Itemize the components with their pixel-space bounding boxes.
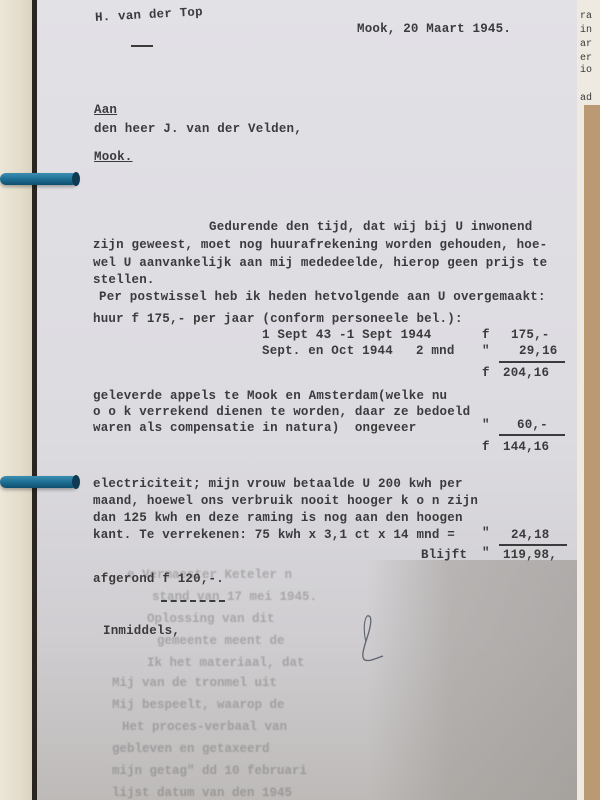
apples-currency: " xyxy=(482,418,490,432)
rent-item-currency: f xyxy=(482,328,490,342)
body-line: Per postwissel heb ik heden hetvolgende … xyxy=(99,290,546,304)
rent-item-currency: " xyxy=(482,344,490,358)
binder-ring-top xyxy=(0,173,78,185)
rent-item-desc: Sept. en Oct 1944 2 mnd xyxy=(262,344,455,358)
page-shadow xyxy=(367,560,577,800)
address-to: Aan xyxy=(94,103,117,117)
handwritten-mark xyxy=(353,612,387,666)
body-line: wel U aanvankelijk aan mij mededeelde, h… xyxy=(93,256,547,270)
remaining-label: Blijft xyxy=(421,548,467,562)
electric-line: electriciteit; mijn vrouw betaalde U 200… xyxy=(93,477,463,491)
adjacent-page-text: ad xyxy=(580,92,592,105)
remaining-currency: " xyxy=(482,546,490,560)
sender-underline xyxy=(131,45,153,47)
apples-line: o o k verrekend dienen te worden, daar z… xyxy=(93,405,470,419)
electric-line: dan 125 kwh en deze raming is nog aan de… xyxy=(93,511,463,525)
binder-ring-bottom xyxy=(0,476,78,488)
adjacent-page-text: ra xyxy=(580,10,592,23)
subtotal-amount: 144,16 xyxy=(503,440,549,454)
body-line: zijn geweest, moet nog huurafrekening wo… xyxy=(93,238,547,252)
show-through-text: mijn getag" dd 10 februari xyxy=(112,764,307,778)
subtotal-currency: f xyxy=(482,440,490,454)
show-through-text: lijst datum van den 1945 xyxy=(112,786,292,800)
letter-page: e Vermaester Keteler n stand van 17 mei … xyxy=(37,0,577,800)
adjacent-page-text: io xyxy=(580,64,592,77)
show-through-text: Mij van de tronmel uit xyxy=(112,676,277,690)
electric-line: maand, hoewel ons verbruik nooit hooger … xyxy=(93,494,478,508)
binder-cover xyxy=(0,0,36,800)
sender-name: H. van der Top xyxy=(95,5,203,25)
remaining-amount: 119,98, xyxy=(503,548,557,562)
total-underline xyxy=(161,600,225,602)
rent-header: huur f 175,- per jaar (conform personeel… xyxy=(93,312,463,326)
subtotal-amount: 204,16 xyxy=(503,366,549,380)
apples-amount: 60,- xyxy=(517,418,548,432)
body-line: stellen. xyxy=(93,273,155,287)
recipient-place: Mook. xyxy=(94,150,133,164)
adjacent-page-text: ar xyxy=(580,38,592,51)
rounded-total: afgerond f 120,-. xyxy=(93,572,224,586)
rent-item-desc: 1 Sept 43 -1 Sept 1944 xyxy=(262,328,431,342)
rent-item-amount: 175,- xyxy=(511,328,550,342)
closing-line: Inmiddels, xyxy=(103,624,180,638)
rent-item-amount: 29,16 xyxy=(519,344,558,358)
apples-line: geleverde appels te Mook en Amsterdam(we… xyxy=(93,389,447,403)
show-through-text: Het proces-verbaal van xyxy=(122,720,287,734)
show-through-text: gebleven en getaxeerd xyxy=(112,742,270,756)
adjacent-page-text: in xyxy=(580,24,592,37)
electric-amount: 24,18 xyxy=(511,528,550,542)
sum-rule xyxy=(499,361,565,363)
apples-line: waren als compensatie in natura) ongevee… xyxy=(93,421,416,435)
folder-edge xyxy=(584,105,600,800)
recipient-name: den heer J. van der Velden, xyxy=(94,122,302,136)
sum-rule xyxy=(499,544,567,546)
show-through-text: Mij bespeelt, waarop de xyxy=(112,698,285,712)
electric-line: kant. Te verrekenen: 75 kwh x 3,1 ct x 1… xyxy=(93,528,455,542)
sum-rule xyxy=(499,434,565,436)
body-line: Gedurende den tijd, dat wij bij U inwone… xyxy=(209,220,532,234)
electric-currency: " xyxy=(482,526,490,540)
show-through-text: Ik het materiaal, dat xyxy=(147,656,305,670)
place-date: Mook, 20 Maart 1945. xyxy=(357,22,511,36)
subtotal-currency: f xyxy=(482,366,490,380)
